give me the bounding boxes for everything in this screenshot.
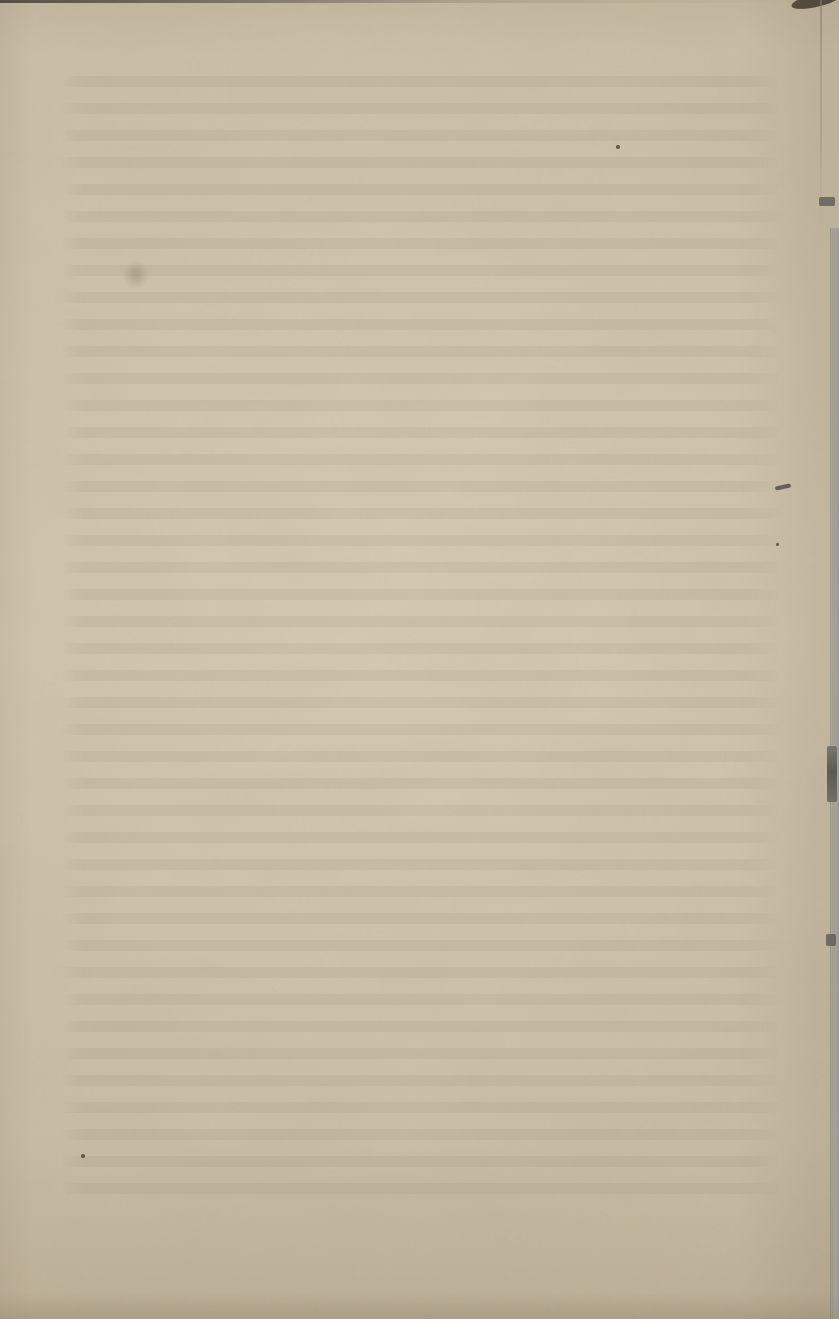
- scanned-page: [0, 0, 839, 1319]
- edge-notch-mark: [826, 934, 836, 946]
- speck-mark: [616, 145, 620, 149]
- ink-artifact-layer: [0, 0, 839, 1319]
- dash-mark: [775, 483, 791, 490]
- speck-mark: [81, 1154, 85, 1158]
- edge-notch-mark: [819, 197, 835, 206]
- speck-mark: [776, 543, 779, 546]
- smudge-mark: [118, 256, 154, 294]
- edge-bar-mark: [827, 746, 837, 802]
